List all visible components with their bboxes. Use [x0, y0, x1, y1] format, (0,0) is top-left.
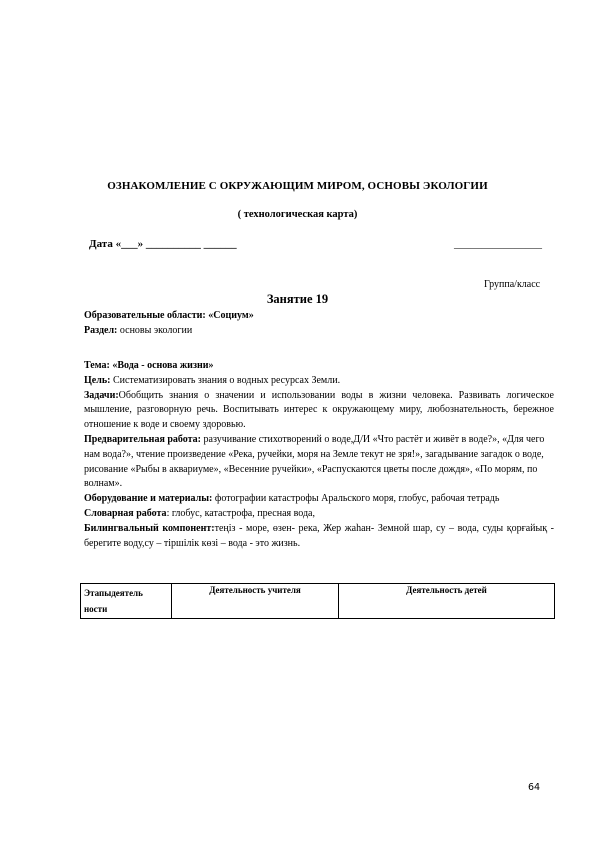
lesson-body: Тема: «Вода - основа жизни» Цель: Систем… — [84, 359, 554, 551]
date-signature-line: ________________ — [454, 238, 542, 250]
equipment-value: фотографии катастрофы Аральского моря, г… — [212, 493, 499, 504]
topic-field: Тема: «Вода - основа жизни» — [84, 359, 554, 374]
areas-value: «Социум» — [206, 310, 254, 321]
lesson-meta: Образовательные области: «Социум» Раздел… — [84, 309, 554, 339]
tasks-value: Обобщить знания о значении и использован… — [84, 390, 554, 431]
activity-table: Этапыдеятель ности Деятельность учителя … — [80, 583, 555, 619]
topic-value: «Вода - основа жизни» — [110, 360, 214, 371]
bilingual-label: Билингвальный компонент: — [84, 523, 215, 534]
vocabulary-value: : глобус, катастрофа, пресная вода, — [167, 508, 315, 519]
vocabulary-label: Словарная работа — [84, 508, 167, 519]
tasks-field: Задачи:Обобщить знания о значении и испо… — [84, 389, 554, 433]
vocabulary-field: Словарная работа: глобус, катастрофа, пр… — [84, 507, 554, 522]
goal-value: Систематизировать знания о водных ресурс… — [110, 375, 340, 386]
date-field: Дата «___» __________ ______ — [89, 238, 237, 250]
section-label: Раздел: — [84, 325, 117, 336]
areas-label: Образовательные области: — [84, 310, 206, 321]
tasks-label: Задачи: — [84, 390, 119, 401]
equipment-field: Оборудование и материалы: фотографии кат… — [84, 492, 554, 507]
document-title: ОЗНАКОМЛЕНИЕ С ОКРУЖАЮЩИМ МИРОМ, ОСНОВЫ … — [0, 180, 595, 192]
goal-label: Цель: — [84, 375, 110, 386]
goal-field: Цель: Систематизировать знания о водных … — [84, 374, 554, 389]
document-subtitle: ( технологическая карта) — [0, 209, 595, 220]
section-value: основы экологии — [117, 325, 192, 336]
header-teacher-activity: Деятельность учителя — [172, 584, 339, 619]
header-stages: Этапыдеятель ности — [81, 584, 172, 619]
group-label: Группа/класс — [484, 279, 540, 290]
preliminary-label: Предварительная работа: — [84, 434, 201, 445]
areas-field: Образовательные области: «Социум» — [84, 309, 554, 324]
header-children-activity: Деятельность детей — [339, 584, 555, 619]
topic-label: Тема: — [84, 360, 110, 371]
page-number: 64 — [528, 782, 540, 793]
equipment-label: Оборудование и материалы: — [84, 493, 212, 504]
section-field: Раздел: основы экологии — [84, 324, 554, 339]
lesson-title: Занятие 19 — [0, 292, 595, 307]
bilingual-field: Билингвальный компонент:теңіз - море, өз… — [84, 522, 554, 552]
preliminary-field: Предварительная работа: разучивание стих… — [84, 433, 554, 492]
table-header-row: Этапыдеятель ности Деятельность учителя … — [81, 584, 555, 619]
